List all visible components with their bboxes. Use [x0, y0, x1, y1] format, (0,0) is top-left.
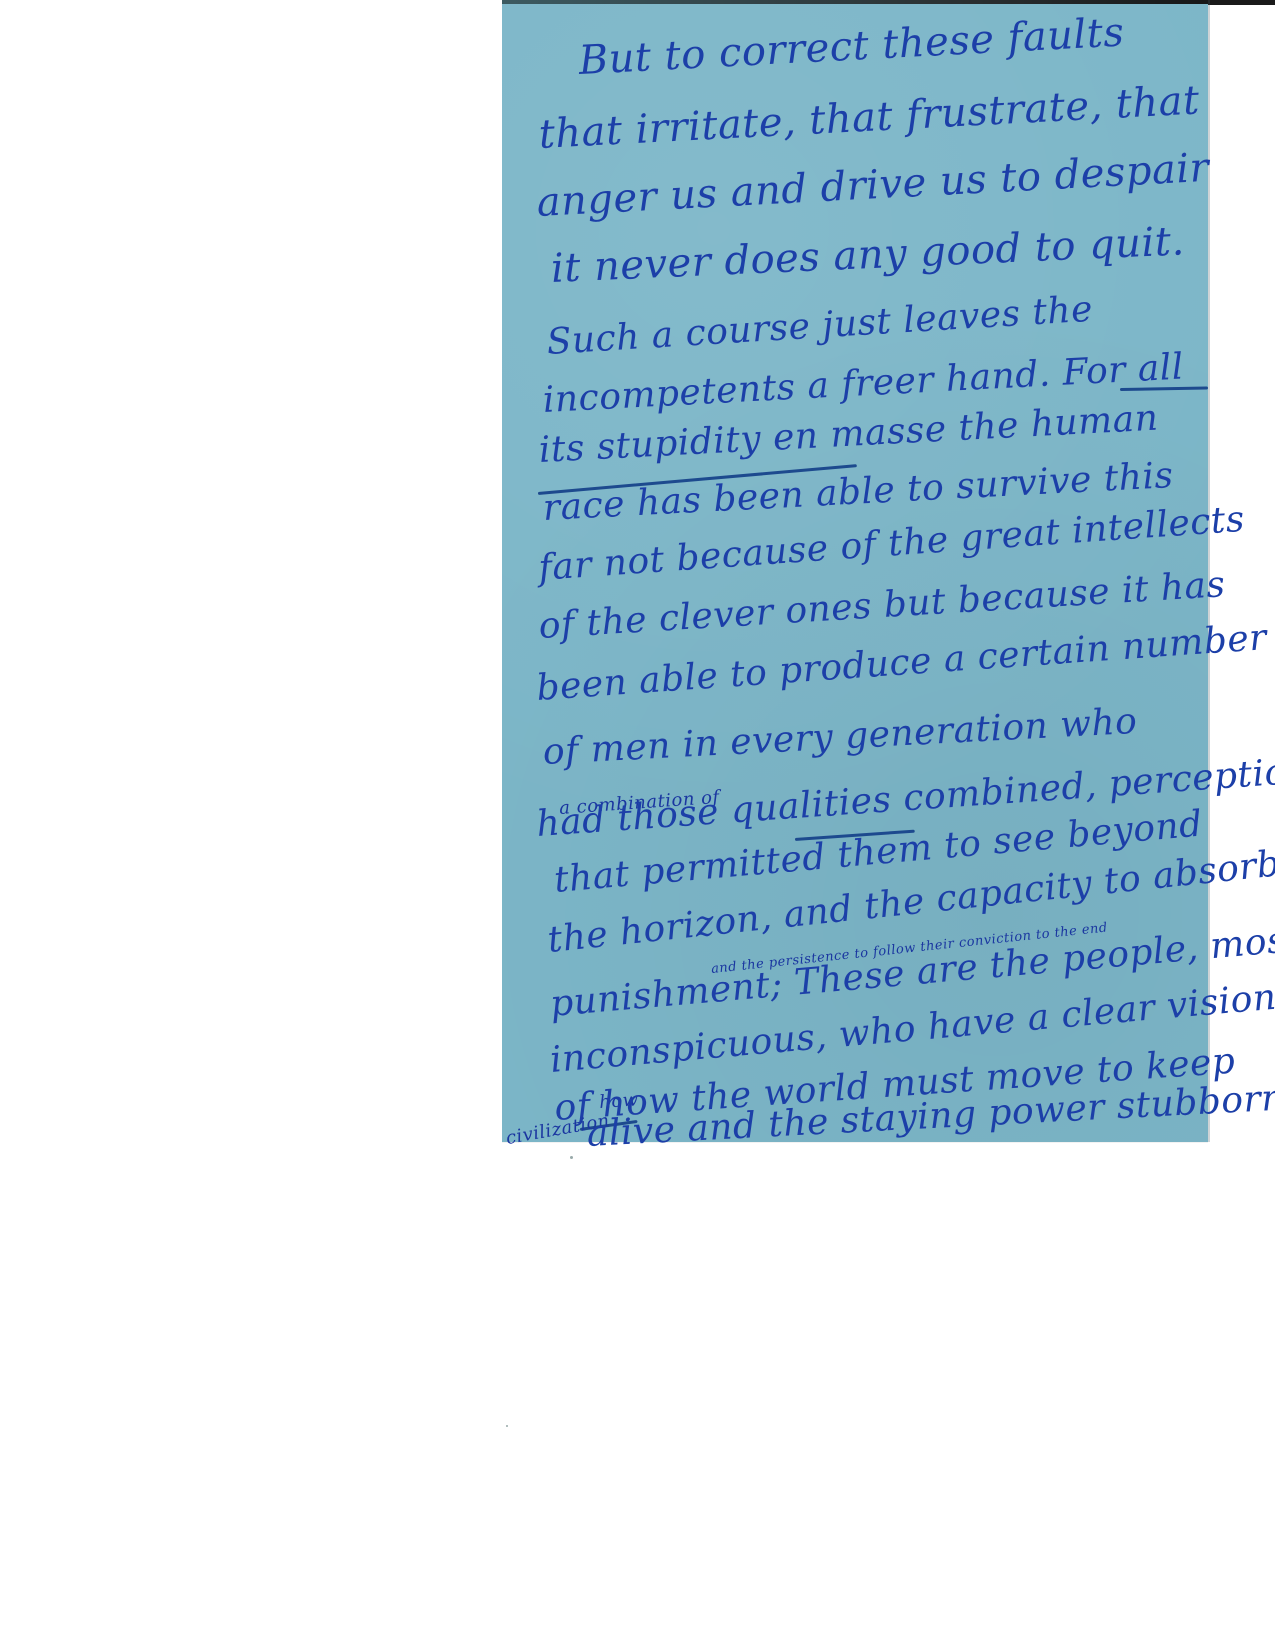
scan-dust-speck — [506, 1425, 508, 1427]
scan-dust-speck — [570, 1156, 573, 1159]
scan-top-edge-dark-corner — [1208, 0, 1275, 5]
scan-top-edge-shadow — [502, 0, 1275, 4]
